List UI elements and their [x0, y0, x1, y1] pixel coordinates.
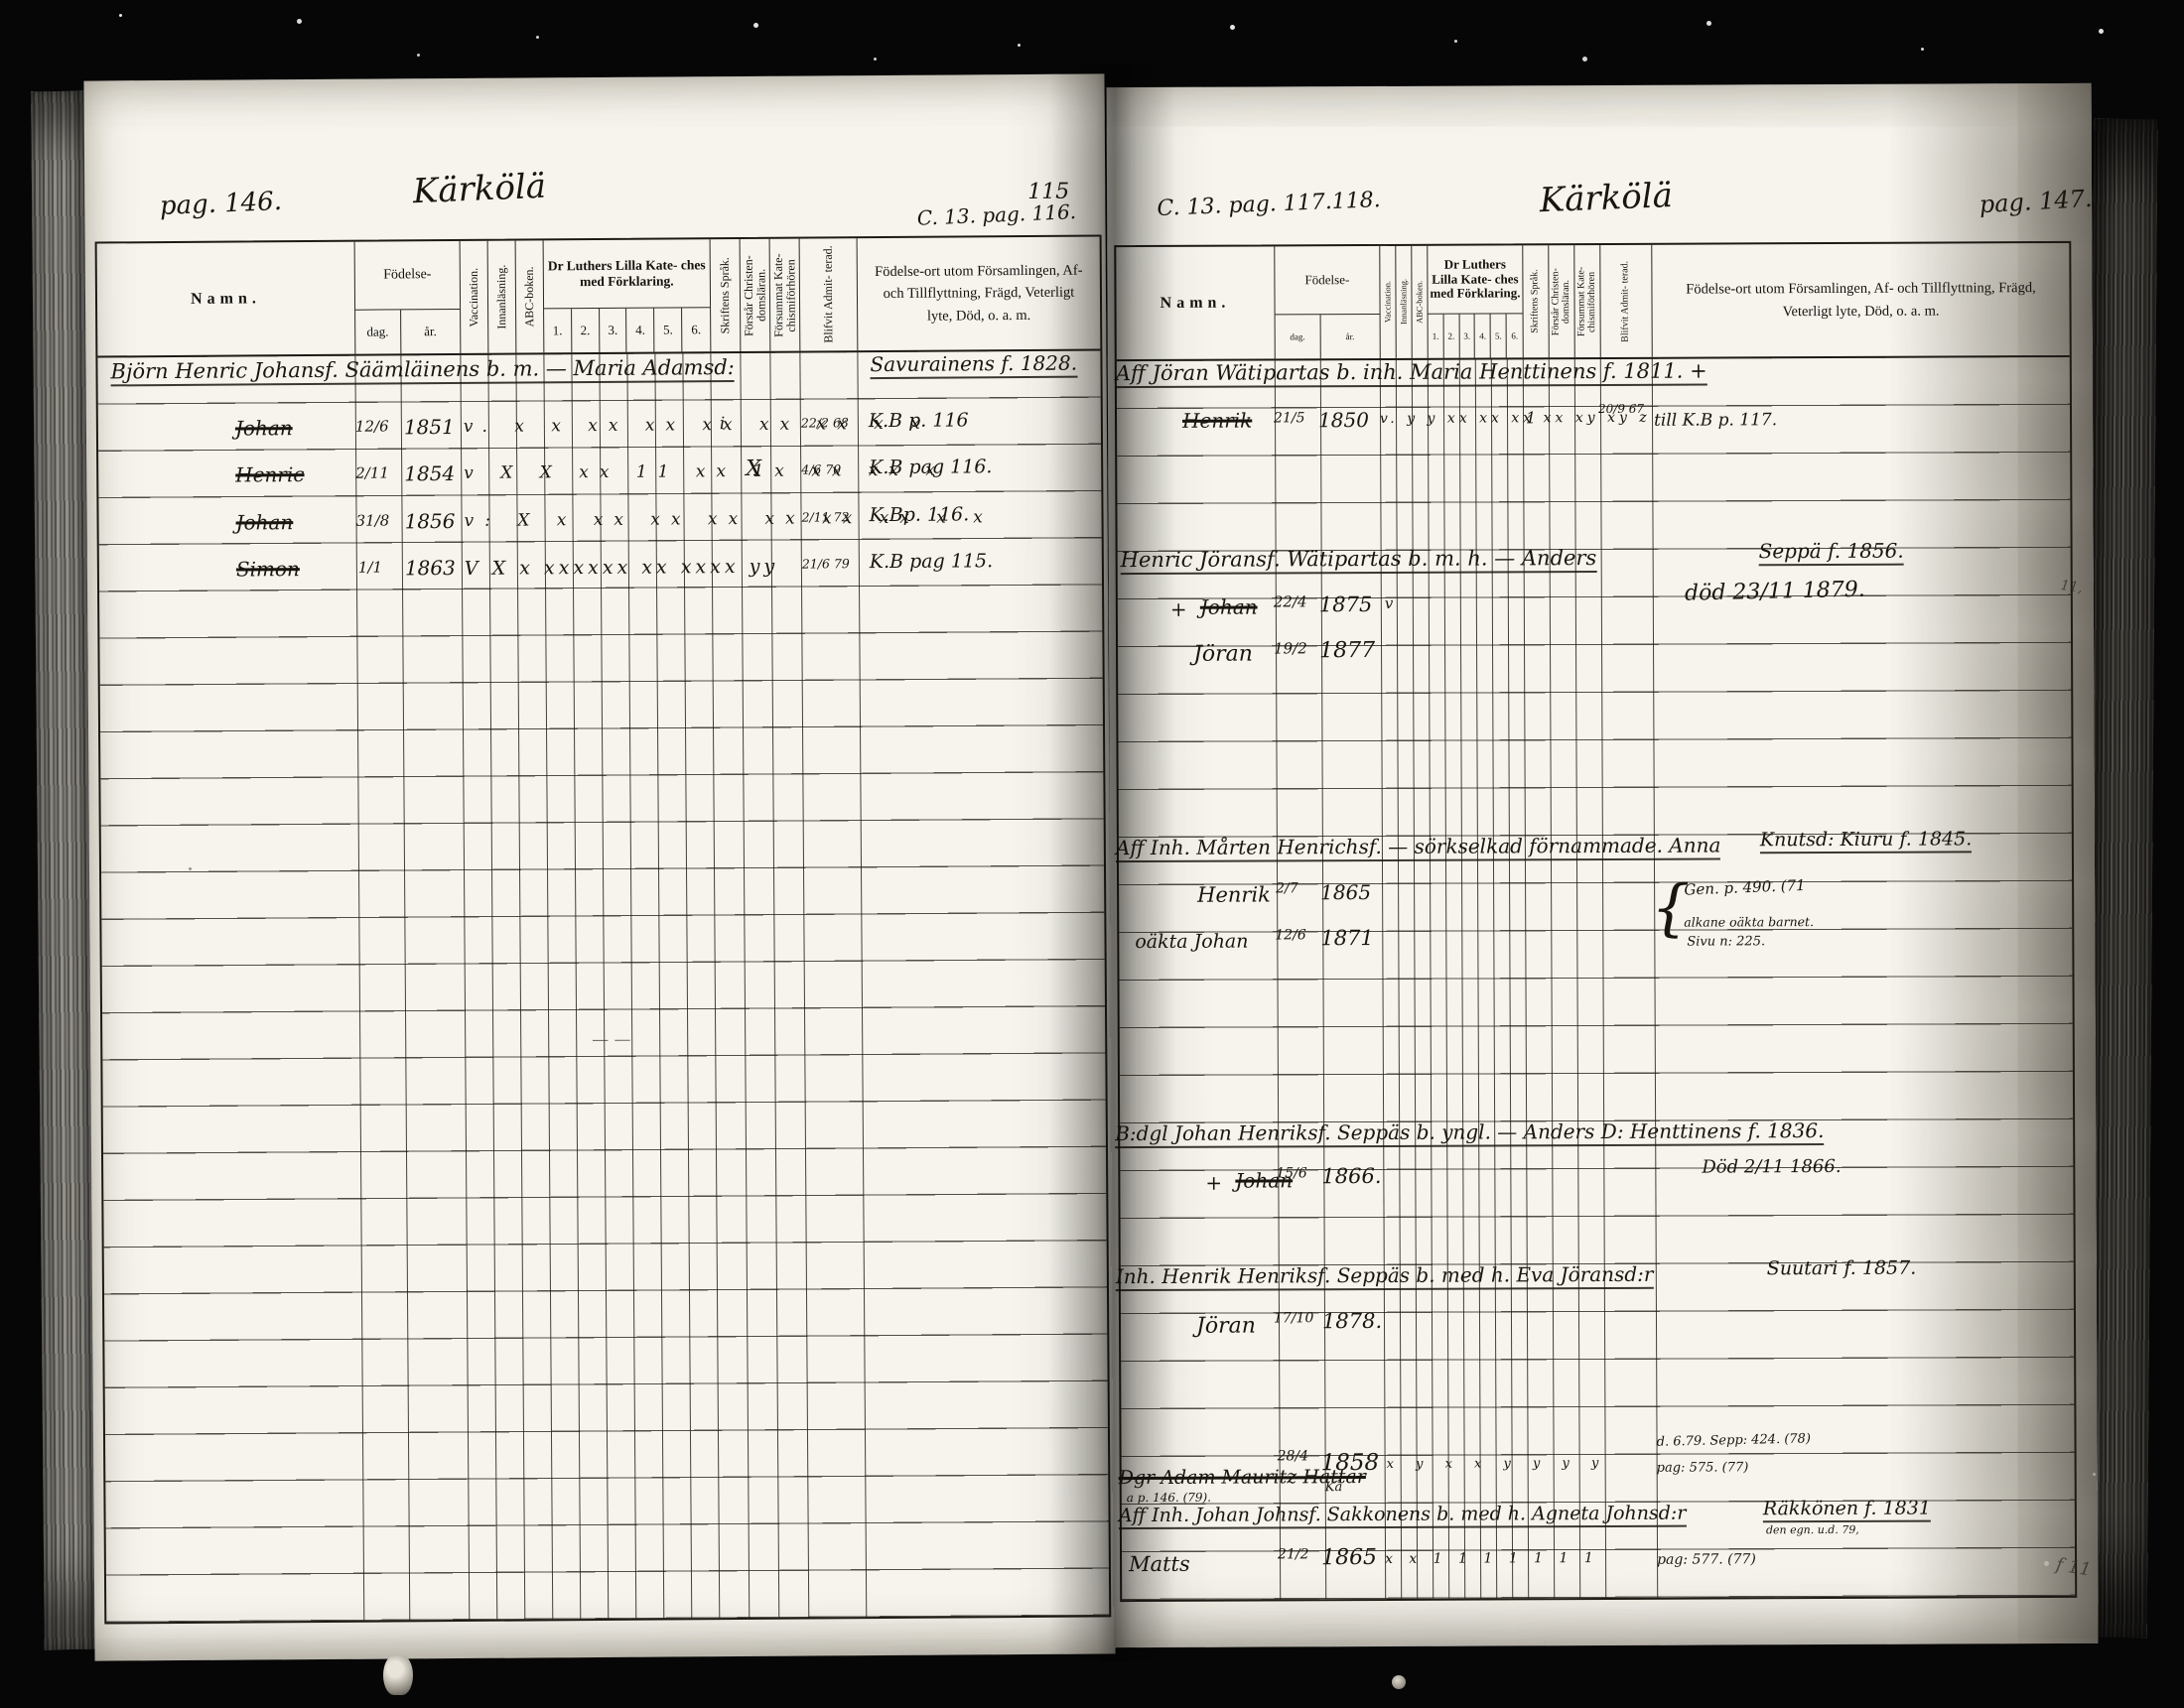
header-forsummat-label: Försummat Kate- chismiförhören — [772, 241, 798, 348]
header-abc-label: ABC-boken. — [1415, 281, 1424, 324]
header-vaccination-label: Vaccination. — [468, 267, 480, 327]
header-ar-label: år. — [401, 310, 461, 353]
header-k4: 4. — [1475, 314, 1491, 357]
header-cell-forsummat: Försummat Kate- chismiförhören — [770, 239, 801, 351]
header-blifvit-label: Blifvit Admit- terad. — [1621, 260, 1632, 341]
header-k6: 6. — [682, 308, 710, 351]
header-cell-skriftens: Skriftens Språk. — [1523, 245, 1549, 357]
header-cell-namn: Namn. — [1116, 246, 1275, 359]
header-k3: 3. — [1459, 315, 1475, 358]
header-forsummat-label: Försummat Kate- chismiförhören — [1576, 248, 1597, 355]
header-k4: 4. — [627, 309, 655, 352]
header-cell-innanlasning: Innanläsning. — [488, 241, 517, 353]
body-col — [1653, 357, 2075, 1598]
header-namn-label: Namn. — [191, 290, 261, 308]
header-blifvit-label: Blifvit Admit- terad. — [822, 246, 835, 343]
header-k1: 1. — [544, 309, 572, 352]
header-cell-fodelse: Födelse- dag. år. — [355, 241, 462, 354]
header-cell-forsummat: Försummat Kate- chismiförhören — [1574, 245, 1600, 357]
header-cell-innanlasning: Innanläsning. — [1396, 246, 1412, 358]
header-ar-label: år. — [1320, 315, 1380, 358]
header-cell-abc: ABC-boken. — [516, 240, 545, 352]
header-cell-vaccination: Vaccination. — [1380, 246, 1396, 358]
right-table: Namn. Födelse- dag. år. Vaccination. Inn… — [1114, 241, 2077, 1602]
header-fodelseort-label: Födelse-ort utom Församlingen, Af- och T… — [858, 259, 1100, 328]
header-cell-fodelseort: Födelse-ort utom Församlingen, Af- och T… — [858, 236, 1101, 350]
right-table-body — [1117, 357, 2075, 1600]
left-page: Namn. Födelse- dag. år. Vaccination. Inn… — [83, 73, 1115, 1660]
left-table: Namn. Födelse- dag. år. Vaccination. Inn… — [95, 234, 1112, 1624]
header-katekes-label: Dr Luthers Lilla Kate- ches med Förklari… — [1428, 245, 1522, 314]
header-abc-label: ABC-boken. — [523, 266, 536, 327]
header-k5: 5. — [654, 308, 682, 351]
left-ref-note: C. 13. pag. 116. — [916, 199, 1076, 230]
body-col — [1601, 359, 1658, 1598]
header-cell-forstar: Förstår Christen- domsläran. — [1549, 245, 1574, 357]
header-k3: 3. — [600, 309, 627, 352]
header-k2: 2. — [1443, 315, 1459, 358]
body-col — [97, 356, 364, 1623]
header-innanlasning-label: Innanläsning. — [495, 265, 508, 329]
body-col — [1321, 360, 1386, 1599]
header-fodelse-label: Födelse- — [355, 241, 460, 311]
body-col — [401, 355, 470, 1620]
header-forstar-label: Förstår Christen- domsläran. — [743, 241, 768, 348]
header-namn-label: Namn. — [1160, 294, 1231, 312]
header-cell-blifvit: Blifvit Admit- terad. — [800, 238, 859, 350]
right-table-header: Namn. Födelse- dag. år. Vaccination. Inn… — [1116, 243, 2069, 361]
header-cell-abc: ABC-boken. — [1412, 246, 1428, 358]
dust-specks — [119, 14, 122, 17]
header-dag-label: dag. — [1276, 315, 1321, 358]
header-k5: 5. — [1491, 314, 1507, 357]
header-katekes-label: Dr Luthers Lilla Kate- ches med Förklari… — [544, 239, 710, 309]
header-k2: 2. — [572, 309, 600, 352]
header-fodelseort-label: Födelse-ort utom Församlingen, Af- och T… — [1652, 277, 2069, 324]
header-cell-katekes: Dr Luthers Lilla Kate- ches med Förklari… — [544, 239, 712, 352]
right-page: Namn. Födelse- dag. år. Vaccination. Inn… — [1107, 83, 2099, 1647]
photographed-ledger: Namn. Födelse- dag. år. Vaccination. Inn… — [0, 0, 2184, 1708]
header-cell-fodelseort: Födelse-ort utom Församlingen, Af- och T… — [1652, 243, 2069, 357]
header-skriftens-label: Skriftens Språk. — [1531, 270, 1542, 333]
header-forstar-label: Förstår Christen- domsläran. — [1551, 248, 1571, 355]
body-col — [800, 352, 867, 1617]
header-vaccination-label: Vaccination. — [1383, 281, 1392, 323]
right-ref-note: C. 13. pag. 117.118. — [1157, 188, 1381, 221]
header-cell-fodelse: Födelse- dag. år. — [1275, 246, 1380, 358]
header-cell-namn: Namn. — [97, 242, 356, 356]
header-cell-vaccination: Vaccination. — [461, 241, 489, 353]
left-page-number: pag. 146. — [159, 187, 282, 221]
header-innanlasning-label: Innanläsning. — [1399, 279, 1408, 325]
header-skriftens-label: Skriftens Språk. — [719, 257, 732, 333]
header-dag-label: dag. — [355, 310, 401, 353]
header-fodelse-label: Födelse- — [1275, 246, 1379, 315]
binding-clasp — [383, 1655, 413, 1695]
header-cell-forstar: Förstår Christen- domsläran. — [741, 239, 771, 351]
body-col — [858, 350, 1109, 1617]
header-k1: 1. — [1429, 315, 1444, 358]
left-page-title: Kärkölä — [412, 167, 547, 212]
left-ref-number: 115 — [1027, 180, 1069, 204]
right-page-title: Kärkölä — [1539, 176, 1674, 220]
right-page-number: pag. 147. — [1979, 185, 2093, 218]
header-cell-skriftens: Skriftens Språk. — [711, 239, 742, 351]
binding-stud — [1392, 1675, 1406, 1689]
header-cell-blifvit: Blifvit Admit- terad. — [1600, 245, 1652, 357]
left-table-header: Namn. Födelse- dag. år. Vaccination. Inn… — [97, 236, 1101, 357]
header-k6: 6. — [1507, 314, 1523, 357]
body-col — [1276, 360, 1326, 1599]
body-col — [1117, 360, 1281, 1600]
header-cell-katekes: Dr Luthers Lilla Kate- ches med Förklari… — [1428, 245, 1523, 357]
left-table-body — [97, 350, 1109, 1622]
